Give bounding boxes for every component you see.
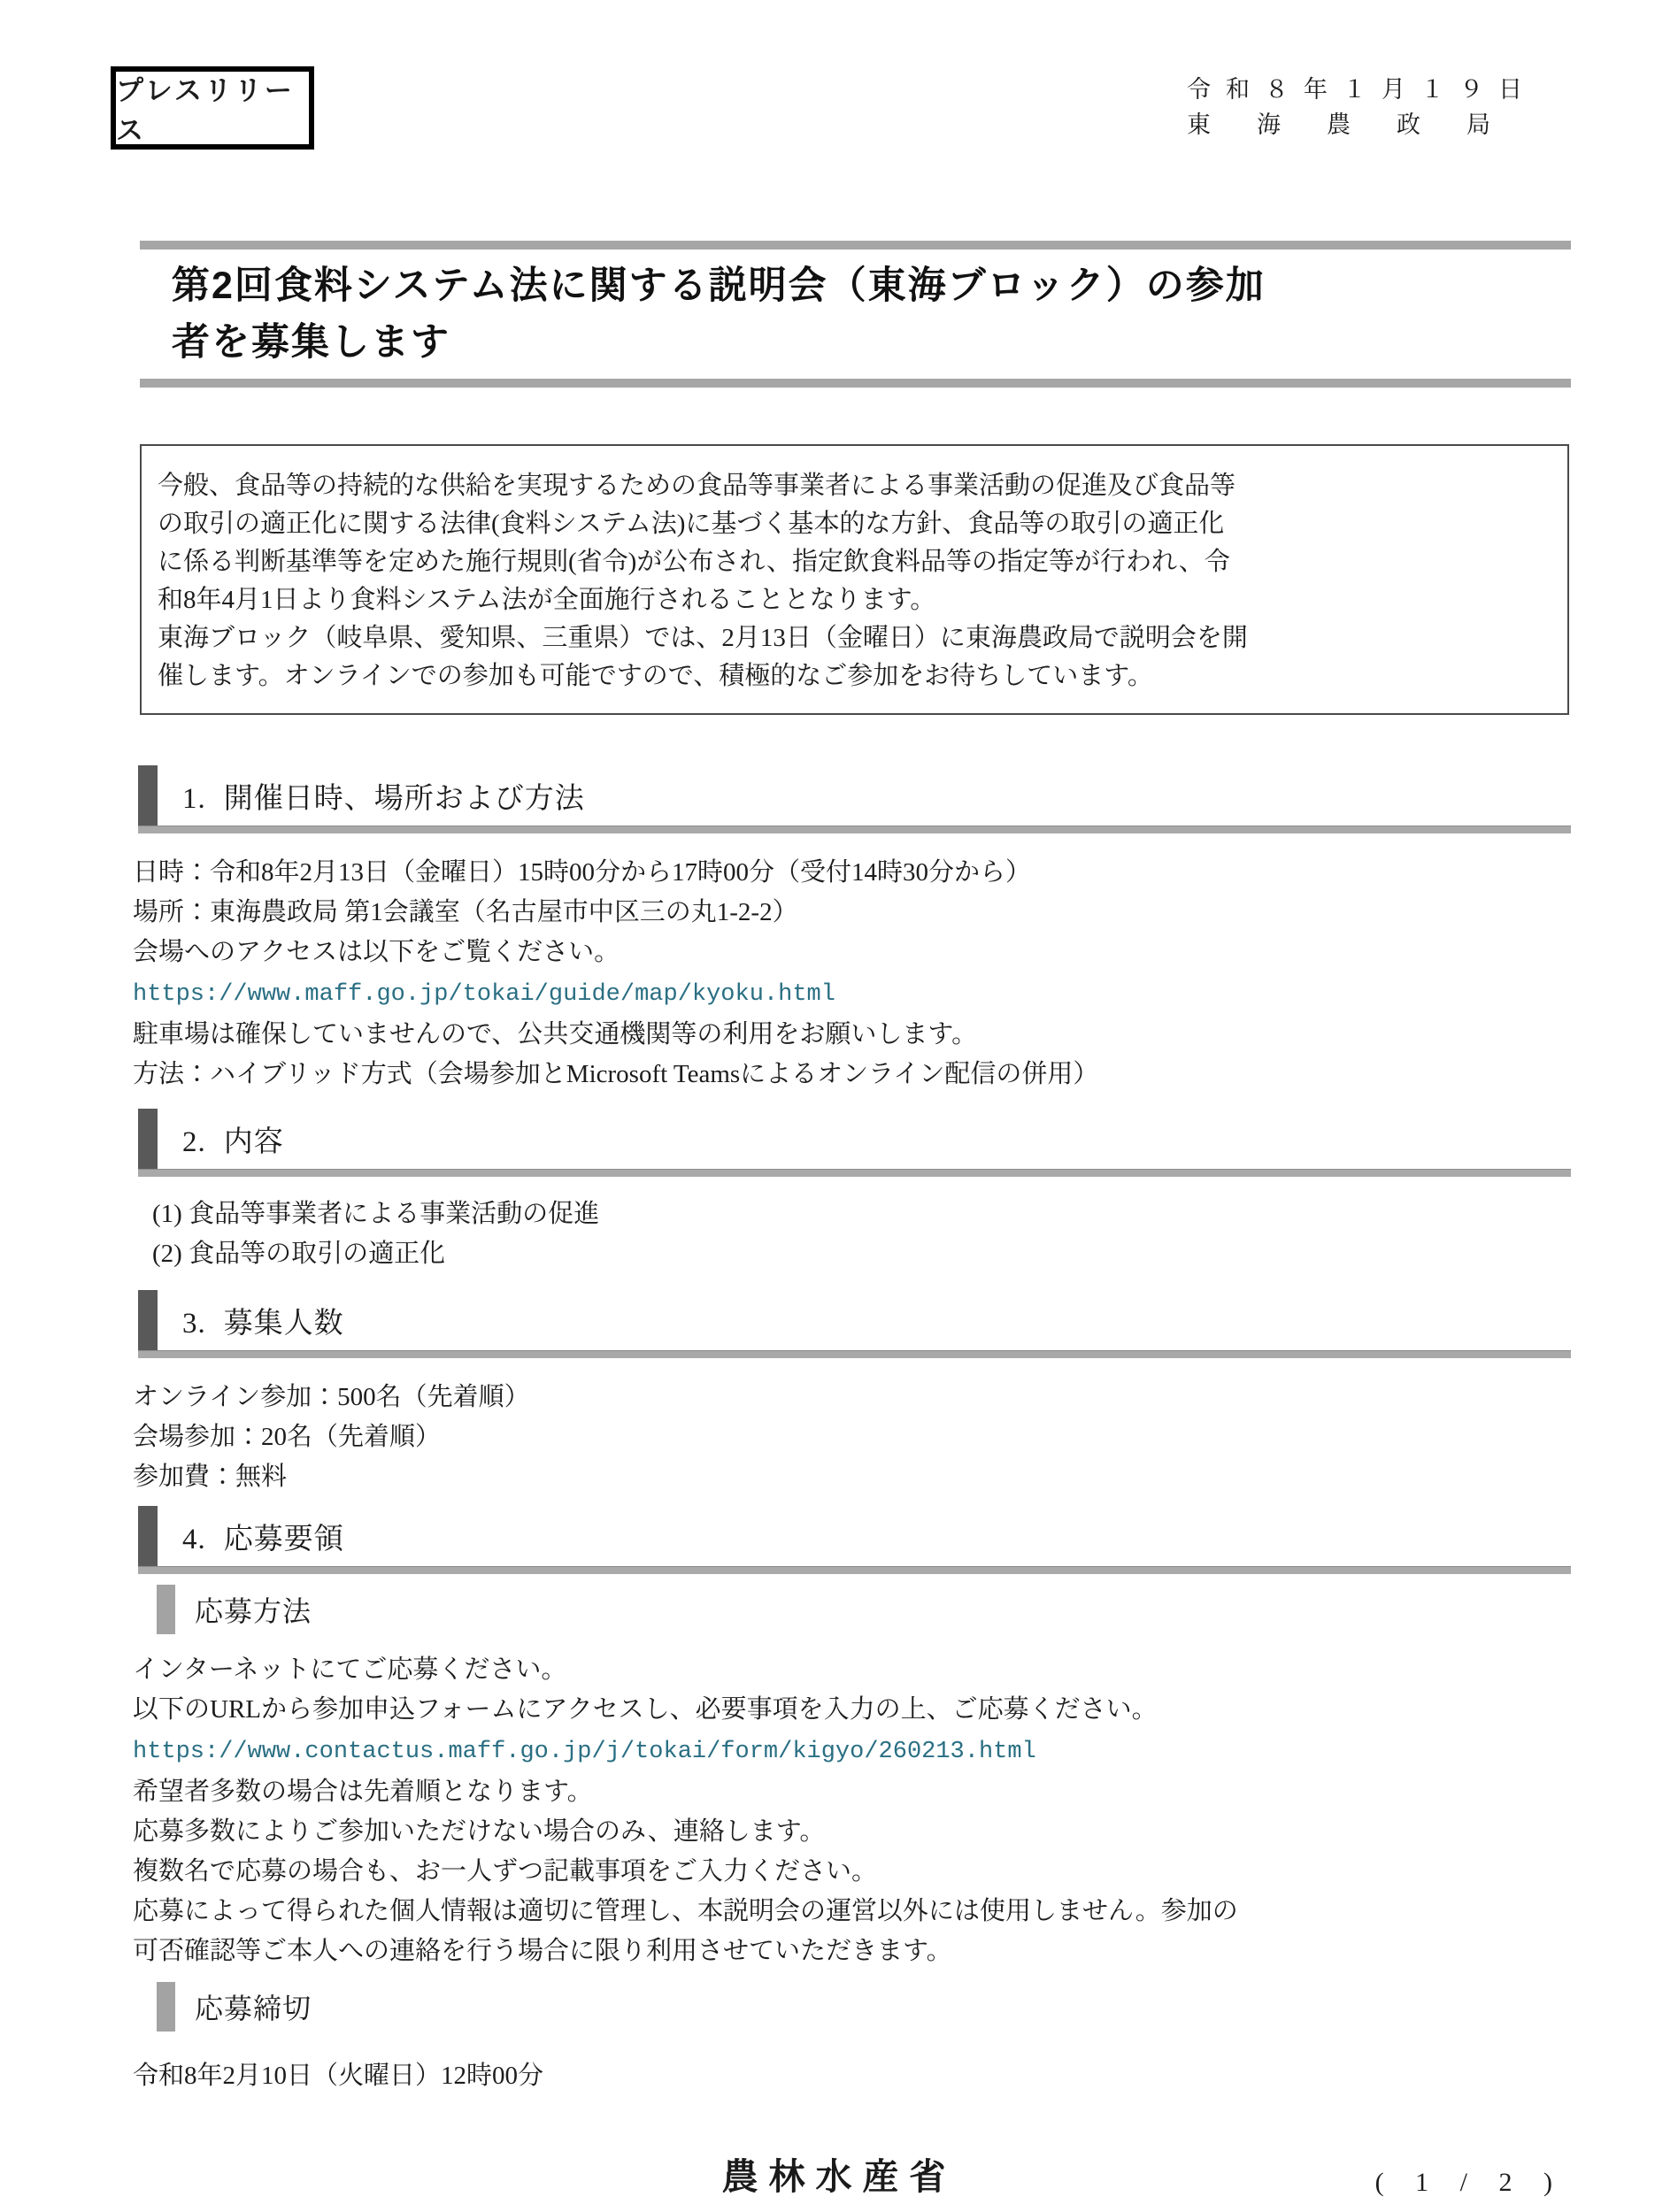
section-3-body: オンライン参加：500名（先着順） 会場参加：20名（先着順） 参加費：無料 — [133, 1378, 1571, 1497]
issuing-organization: 東海農政局 — [1187, 107, 1545, 142]
title-line-1: 第2回食料システム法に関する説明会（東海ブロック）の参加 — [172, 265, 1266, 307]
section-3-number: 3. — [182, 1308, 206, 1340]
subsection-bar-icon — [157, 1585, 175, 1634]
application-method-body: インターネットにてご応募ください。 以下のURLから参加申込フォームにアクセスし… — [133, 1650, 1571, 1971]
privacy-note-line-2: 可否確認等ご本人への連絡を行う場合に限り利用させていただきます。 — [133, 1932, 1571, 1971]
section-1-body: 日時：令和8年2月13日（金曜日）15時00分から17時00分（受付14時30分… — [133, 853, 1571, 1094]
title-line-2: 者を募集します — [172, 321, 450, 364]
content-item: (2) 食品等の取引の適正化 — [152, 1234, 1571, 1274]
application-form-link[interactable]: https://www.contactus.maff.go.jp/j/tokai… — [133, 1739, 1036, 1765]
contact-if-full-note: 応募多数によりご参加いただけない場合のみ、連絡します。 — [133, 1812, 1571, 1852]
event-method: 方法：ハイブリッド方式（会場参加とMicrosoft Teamsによるオンライン… — [133, 1055, 1571, 1094]
application-method-subheading: 応募方法 — [157, 1585, 1571, 1634]
first-come-note: 希望者多数の場合は先着順となります。 — [133, 1772, 1571, 1812]
section-1-title: 開催日時、場所および方法 — [224, 783, 585, 815]
application-method-title: 応募方法 — [195, 1589, 312, 1630]
section-1-rule — [138, 826, 1571, 833]
page-header: プレスリリース 令和８年１月１９日 東海農政局 — [0, 0, 1678, 150]
capacity-online: オンライン参加：500名（先着順） — [133, 1378, 1571, 1417]
section-2-title: 内容 — [224, 1126, 284, 1158]
title-bottom-rule — [140, 379, 1571, 388]
section-3-rule — [138, 1350, 1571, 1358]
section-4-number: 4. — [182, 1524, 206, 1556]
page-footer: 農林水産省 ( 1 / 2 ) — [0, 2157, 1678, 2203]
release-date: 令和８年１月１９日 — [1187, 72, 1545, 107]
press-release-box: プレスリリース — [111, 66, 314, 150]
apply-online-note: インターネットにてご応募ください。 — [133, 1650, 1571, 1690]
section-4-title: 応募要領 — [224, 1524, 344, 1555]
application-deadline-subheading: 応募締切 — [157, 1982, 1571, 2032]
section-3-heading: 3.募集人数 — [138, 1290, 1571, 1358]
section-2-body: (1) 食品等事業者による事業活動の促進 (2) 食品等の取引の適正化 — [133, 1194, 1571, 1274]
section-bar-icon — [138, 1109, 158, 1169]
section-2-rule — [138, 1169, 1571, 1177]
deadline-datetime: 令和8年2月10日（火曜日）12時00分 — [133, 2056, 1571, 2096]
multiple-applicants-note: 複数名で応募の場合も、お一人ずつ記載事項をご入力ください。 — [133, 1852, 1571, 1892]
press-release-label: プレスリリース — [116, 68, 309, 148]
summary-line: 和8年4月1日より食料システム法が全面施行されることとなります。 — [158, 581, 1555, 619]
summary-line: に係る判断基準等を定めた施行規則(省令)が公布され、指定飲食料品等の指定等が行わ… — [158, 543, 1555, 581]
page-title: 第2回食料システム法に関する説明会（東海ブロック）の参加者を募集します — [140, 257, 1571, 371]
press-release-page: プレスリリース 令和８年１月１９日 東海農政局 第2回食料システム法に関する説明… — [0, 0, 1678, 2212]
title-top-rule — [140, 241, 1571, 250]
privacy-note-line-1: 応募によって得られた個人情報は適切に管理し、本説明会の運営以外には使用しません。… — [133, 1892, 1571, 1932]
map-link[interactable]: https://www.maff.go.jp/tokai/guide/map/k… — [133, 981, 835, 1008]
summary-line: 東海ブロック（岐阜県、愛知県、三重県）では、2月13日（金曜日）に東海農政局で説… — [158, 619, 1555, 657]
event-place: 場所：東海農政局 第1会議室（名古屋市中区三の丸1-2-2） — [133, 893, 1571, 933]
date-org-block: 令和８年１月１９日 東海農政局 — [1187, 72, 1545, 142]
summary-line: の取引の適正化に関する法律(食料システム法)に基づく基本的な方針、食品等の取引の… — [158, 505, 1555, 543]
content-item: (1) 食品等事業者による事業活動の促進 — [152, 1194, 1571, 1234]
section-bar-icon — [138, 765, 158, 826]
summary-line: 今般、食品等の持続的な供給を実現するための食品等事業者による事業活動の促進及び食… — [158, 467, 1555, 505]
application-deadline-body: 令和8年2月10日（火曜日）12時00分 — [133, 2056, 1571, 2096]
section-bar-icon — [138, 1506, 158, 1566]
participation-fee: 参加費：無料 — [133, 1457, 1571, 1497]
section-1-number: 1. — [182, 783, 206, 816]
section-3-title: 募集人数 — [224, 1308, 344, 1340]
ministry-name: 農林水産省 — [722, 2147, 957, 2200]
page-number: ( 1 / 2 ) — [1375, 2168, 1565, 2198]
parking-note: 駐車場は確保していませんので、公共交通機関等の利用をお願いします。 — [133, 1015, 1571, 1055]
title-block: 第2回食料システム法に関する説明会（東海ブロック）の参加者を募集します — [140, 241, 1571, 388]
apply-url-note: 以下のURLから参加申込フォームにアクセスし、必要事項を入力の上、ご応募ください… — [133, 1690, 1571, 1730]
section-bar-icon — [138, 1290, 158, 1350]
application-deadline-title: 応募締切 — [195, 1986, 312, 2027]
section-2-heading: 2.内容 — [138, 1109, 1571, 1177]
capacity-venue: 会場参加：20名（先着順） — [133, 1417, 1571, 1457]
section-1-heading: 1.開催日時、場所および方法 — [138, 765, 1571, 833]
document-body: 1.開催日時、場所および方法 日時：令和8年2月13日（金曜日）15時00分から… — [133, 765, 1571, 2096]
subsection-bar-icon — [157, 1982, 175, 2032]
summary-line: 催します。オンラインでの参加も可能ですので、積極的なご参加をお待ちしています。 — [158, 657, 1555, 695]
section-4-heading: 4.応募要領 — [138, 1506, 1571, 1574]
access-note: 会場へのアクセスは以下をご覧ください。 — [133, 933, 1571, 972]
section-2-number: 2. — [182, 1126, 206, 1159]
section-4-rule — [138, 1566, 1571, 1574]
event-datetime: 日時：令和8年2月13日（金曜日）15時00分から17時00分（受付14時30分… — [133, 853, 1571, 893]
summary-box: 今般、食品等の持続的な供給を実現するための食品等事業者による事業活動の促進及び食… — [140, 444, 1569, 715]
